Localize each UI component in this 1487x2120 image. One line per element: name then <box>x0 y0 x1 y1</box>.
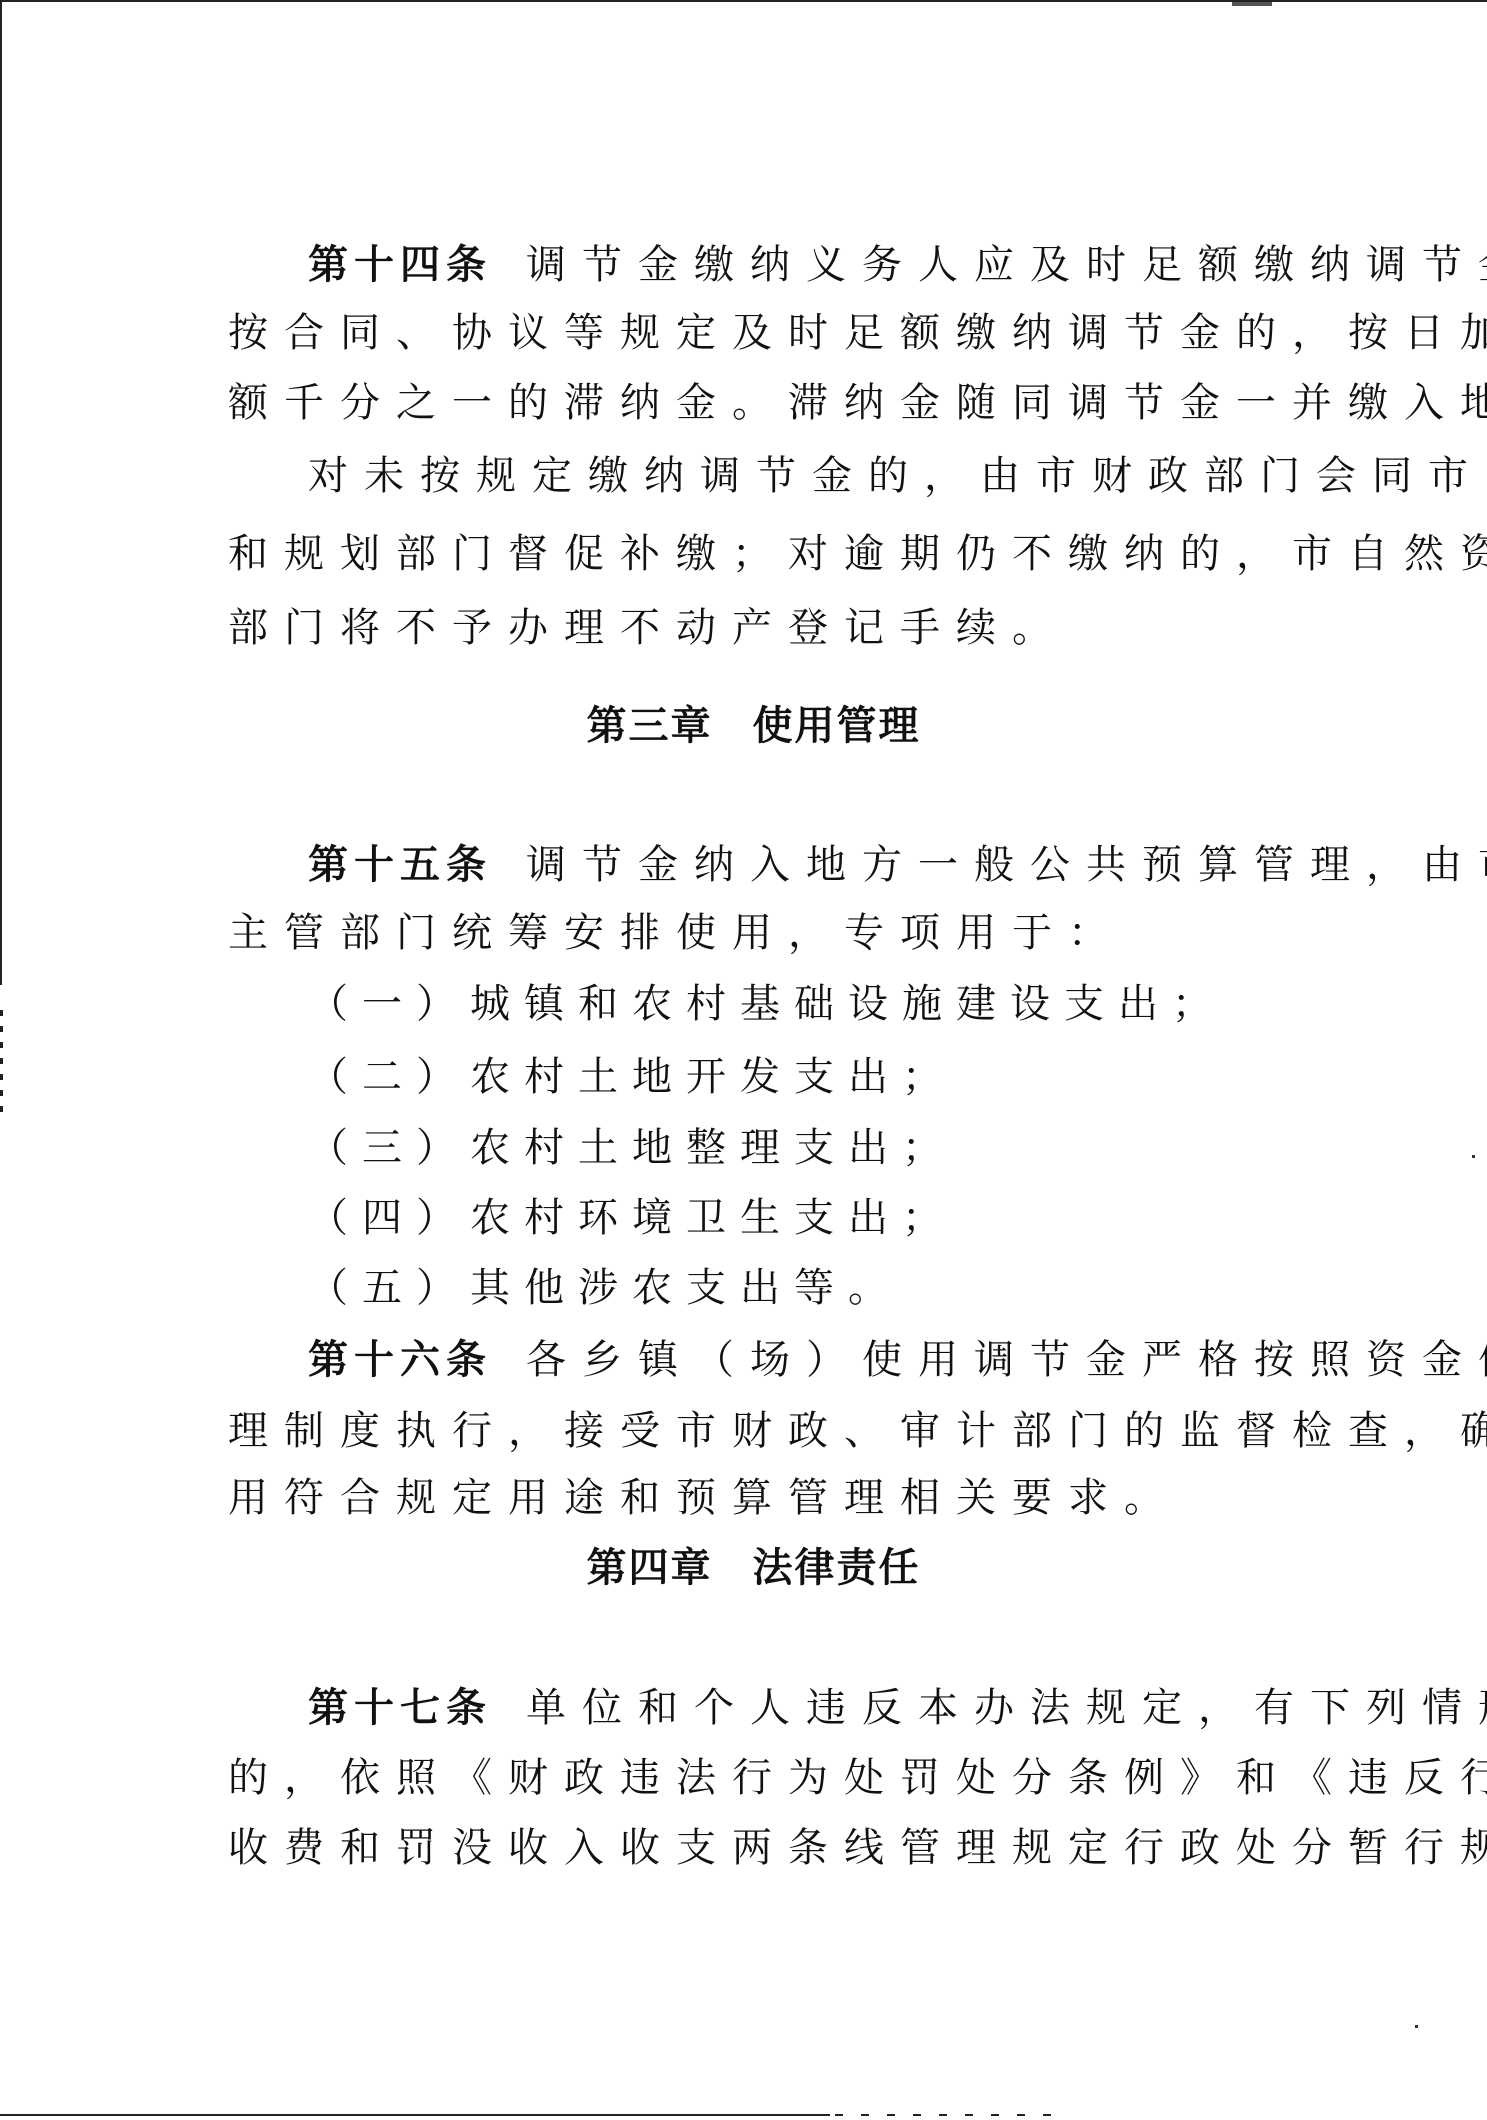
article-15-label: 第十五条 <box>308 841 492 888</box>
article-16-line-1: 第十六条各乡镇（场）使用调节金严格按照资金使用管 <box>308 1332 1358 1388</box>
scan-mark-top <box>1232 2 1272 6</box>
article-17-line-2: 的，依照《财政违法行为处罚处分条例》和《违反行政事业性 <box>228 1750 1278 1806</box>
article-15-item-1: （一）城镇和农村基础设施建设支出； <box>308 976 1358 1032</box>
article-15-item-4: （四）农村环境卫生支出； <box>308 1190 1358 1246</box>
article-14-text: 调节金缴纳义务人应及时足额缴纳调节金。未 <box>526 242 1487 288</box>
article-16-text: 各乡镇（场）使用调节金严格按照资金使用管 <box>526 1337 1487 1383</box>
scan-border-left-dashed <box>0 1010 3 1115</box>
article-15-item-2: （二）农村土地开发支出； <box>308 1049 1358 1105</box>
scan-border-bottom <box>0 2114 830 2116</box>
scan-border-bottom-dashed <box>835 2114 1055 2116</box>
article-14-para2-line-3: 部门将不予办理不动产登记手续。 <box>228 600 1278 656</box>
document-page: 第十四条调节金缴纳义务人应及时足额缴纳调节金。未 按合同、协议等规定及时足额缴纳… <box>0 0 1487 2120</box>
article-14-label: 第十四条 <box>308 241 492 288</box>
article-15-item-3: （三）农村土地整理支出； <box>308 1120 1358 1176</box>
article-15-item-5: （五）其他涉农支出等。 <box>308 1260 1358 1316</box>
article-16-line-2: 理制度执行，接受市财政、审计部门的监督检查，确保资金使 <box>228 1403 1278 1459</box>
article-17-line-1: 第十七条单位和个人违反本办法规定，有下列情形之一 <box>308 1680 1358 1736</box>
article-15-line-2: 主管部门统筹安排使用，专项用于： <box>228 905 1278 961</box>
chapter-3-number: 第三章 <box>587 703 713 749</box>
article-14-line-2: 按合同、协议等规定及时足额缴纳调节金的，按日加收调节金 <box>228 305 1278 361</box>
article-16-line-3: 用符合规定用途和预算管理相关要求。 <box>228 1470 1278 1526</box>
article-15-text: 调节金纳入地方一般公共预算管理，由市财政 <box>526 842 1487 888</box>
scan-speck <box>1415 2025 1418 2028</box>
article-14-line-1: 第十四条调节金缴纳义务人应及时足额缴纳调节金。未 <box>308 237 1358 293</box>
article-17-text: 单位和个人违反本办法规定，有下列情形之一 <box>526 1685 1487 1731</box>
scan-speck <box>1472 1155 1475 1158</box>
article-16-label: 第十六条 <box>308 1336 492 1383</box>
article-14-para2-line-2: 和规划部门督促补缴；对逾期仍不缴纳的，市自然资源和规划 <box>228 526 1278 582</box>
article-17-line-3: 收费和罚没收入收支两条线管理规定行政处分暂行规定》等国 <box>228 1820 1278 1876</box>
chapter-3-title: 使用管理 <box>753 703 921 749</box>
scan-border-left <box>0 0 2 985</box>
chapter-4-heading: 第四章法律责任 <box>0 1540 1487 1596</box>
article-17-label: 第十七条 <box>308 1684 492 1731</box>
chapter-4-title: 法律责任 <box>753 1545 921 1591</box>
chapter-3-heading: 第三章使用管理 <box>0 698 1487 754</box>
article-15-line-1: 第十五条调节金纳入地方一般公共预算管理，由市财政 <box>308 837 1358 893</box>
article-14-line-3: 额千分之一的滞纳金。滞纳金随同调节金一并缴入地方国库。 <box>228 375 1278 431</box>
article-14-para2-line-1: 对未按规定缴纳调节金的，由市财政部门会同市自然资源 <box>308 448 1358 504</box>
chapter-4-number: 第四章 <box>587 1545 713 1591</box>
